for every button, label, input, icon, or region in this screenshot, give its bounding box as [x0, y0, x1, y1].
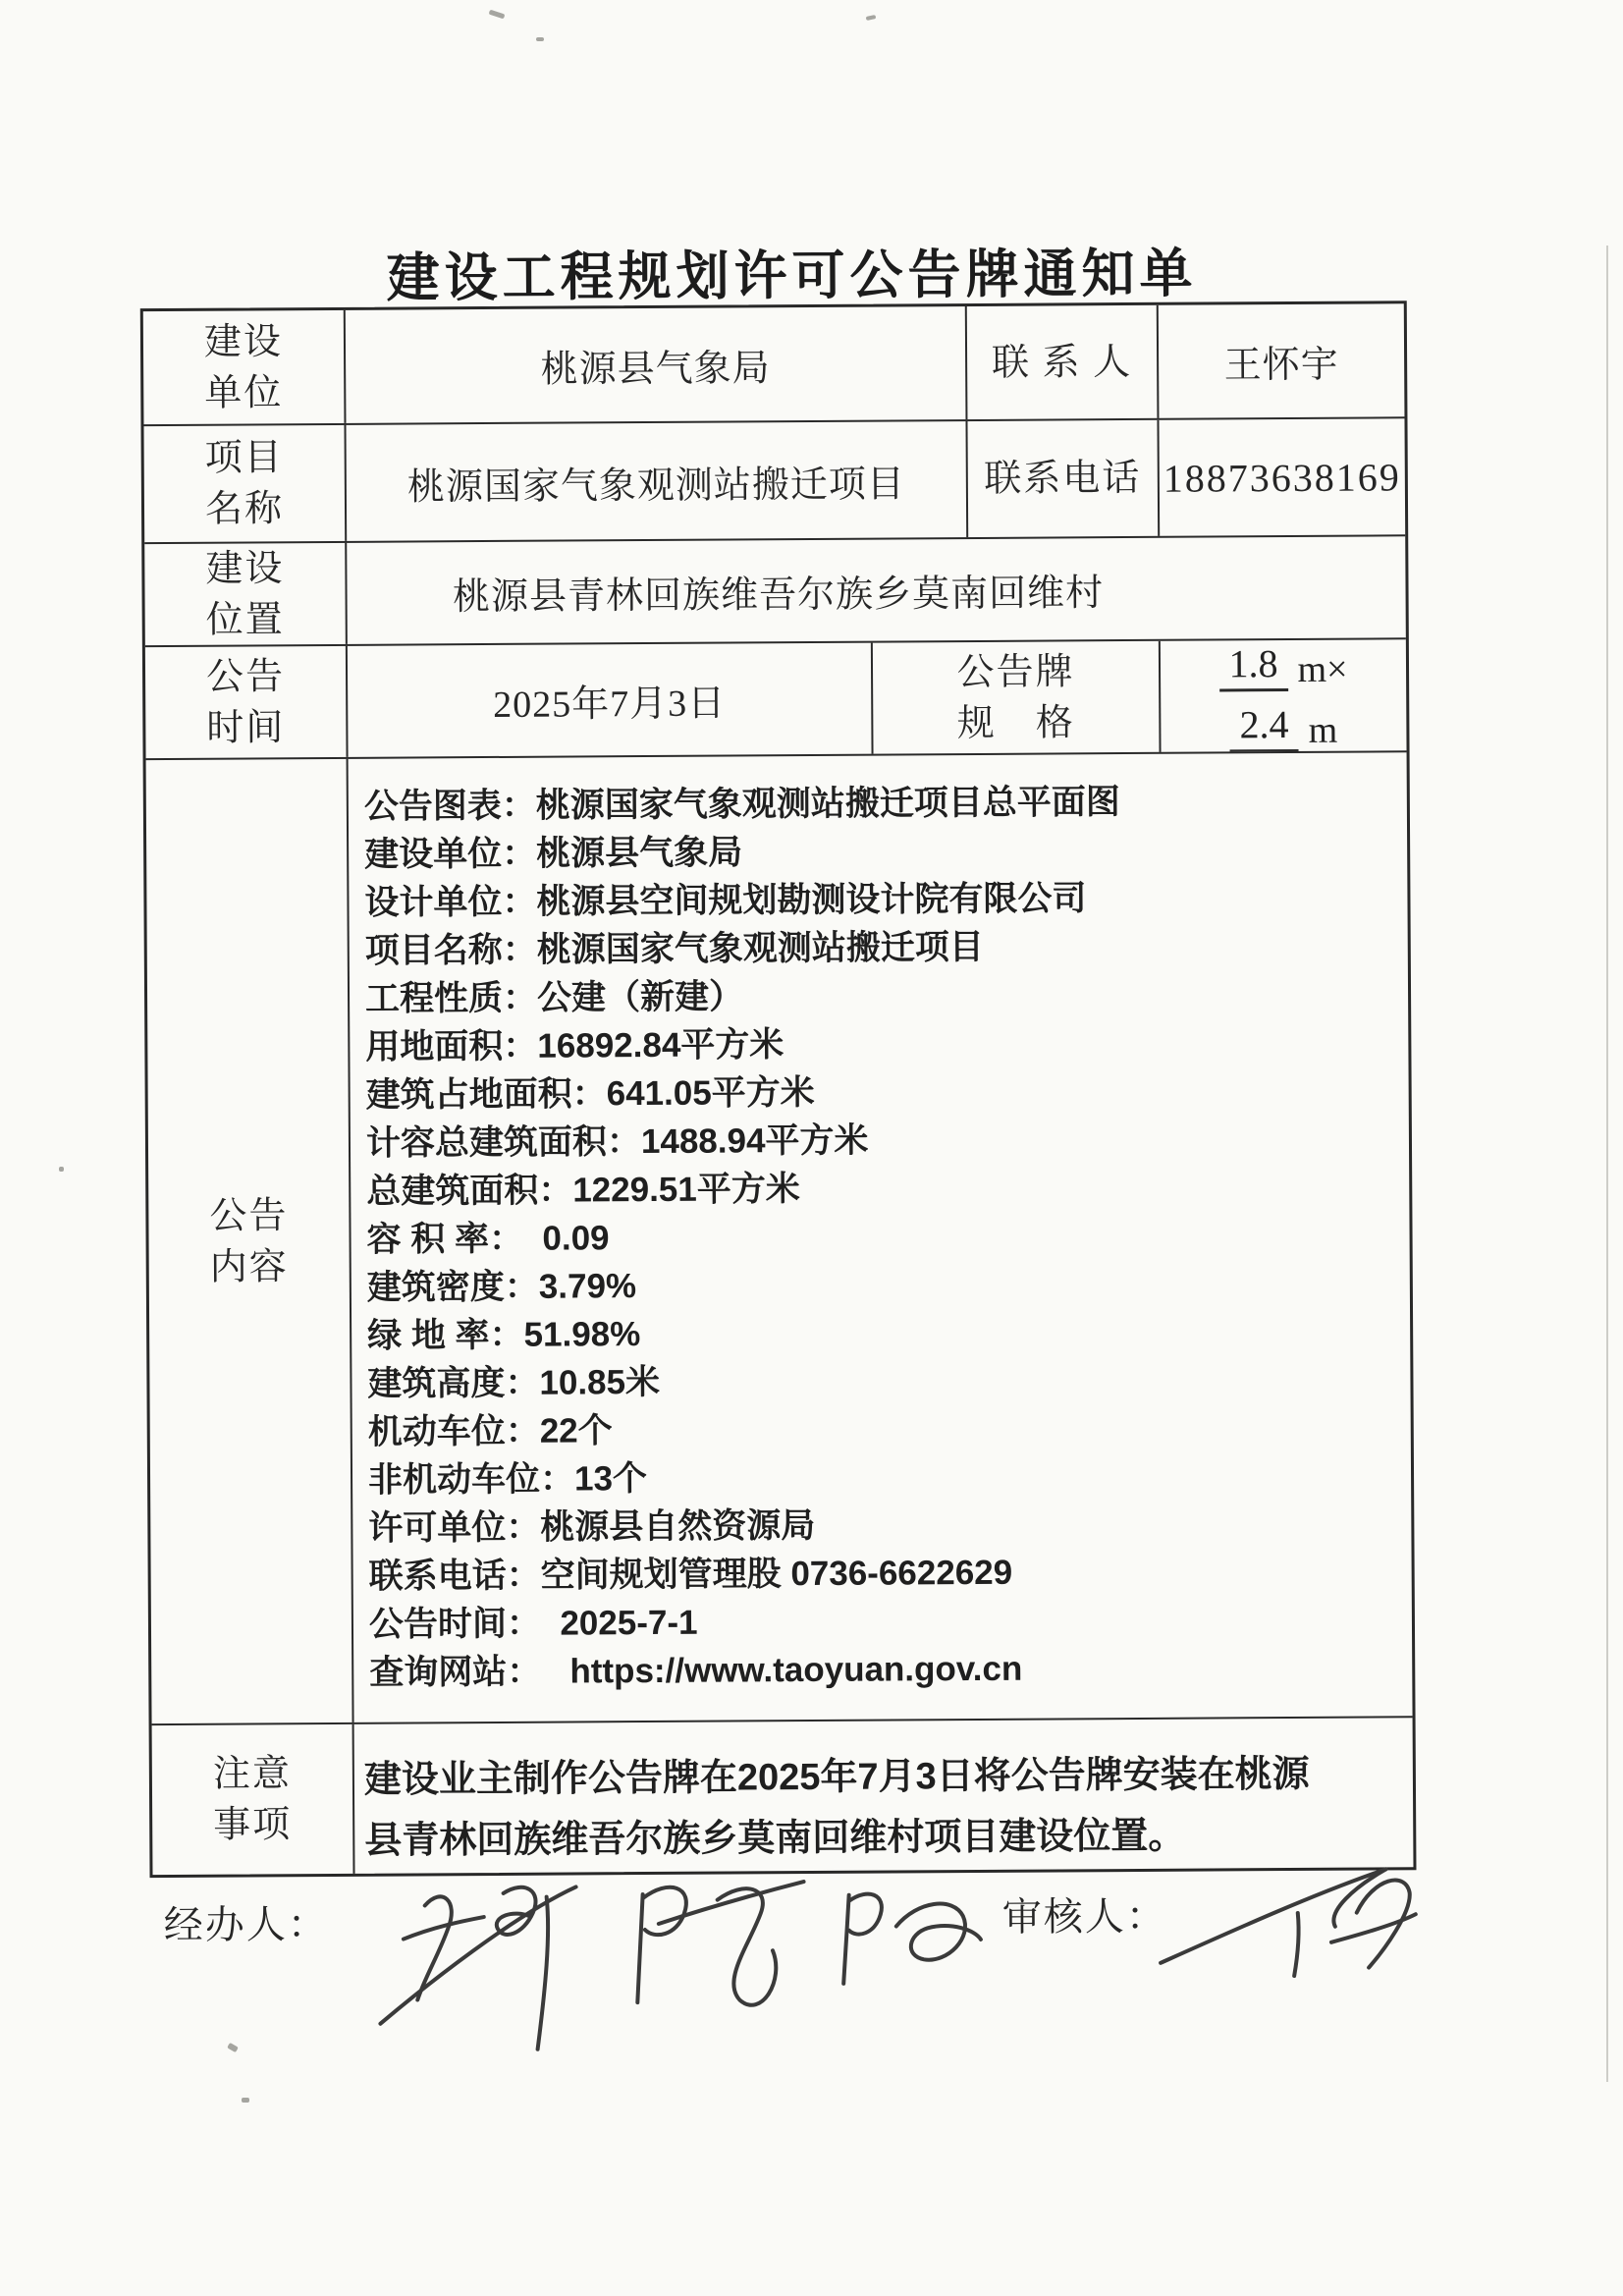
scan-speck — [536, 37, 544, 41]
construction-location-label: 建设 位置 — [205, 543, 285, 645]
content-line: 设计单位：桃源县空间规划勘测设计院有限公司 — [364, 873, 1328, 927]
content-line: 总建筑面积：1229.51平方米 — [366, 1162, 1330, 1216]
handler-signature-1-icon — [367, 1867, 594, 2054]
content-line: 公告时间： 2025-7-1 — [369, 1595, 1333, 1649]
notice-table: 建设 单位 桃源县气象局 联 系 人 王怀宇 项目 名称 桃源国家气象观测站搬迁… — [140, 301, 1417, 1878]
handler-signature-3-icon — [832, 1877, 995, 2005]
content-line: 建筑高度：10.85米 — [367, 1354, 1331, 1408]
table-row: 项目 名称 桃源国家气象观测站搬迁项目 联系电话 18873638169 — [143, 416, 1405, 542]
board-height-unit: m — [1308, 708, 1337, 751]
content-line: 容 积 率： 0.09 — [366, 1210, 1330, 1264]
handler-label: 经办人： — [164, 1893, 329, 1950]
page-title: 建设工程规划许可公告牌通知单 — [386, 232, 1197, 312]
project-name-label: 项目 名称 — [205, 432, 285, 534]
construction-location-value: 桃源县青林回族维吾尔族乡莫南回维村 — [453, 562, 1104, 620]
board-width-unit: m× — [1297, 647, 1347, 690]
content-line: 建筑占地面积：641.05平方米 — [366, 1066, 1330, 1120]
content-line: 工程性质：公建（新建） — [365, 969, 1329, 1023]
table-row: 注意 事项 建设业主制作公告牌在2025年7月3日将公告牌安装在桃源县青林回族维… — [152, 1716, 1414, 1875]
notes-label: 注意 事项 — [213, 1748, 293, 1850]
content-line: 项目名称：桃源国家气象观测站搬迁项目 — [365, 921, 1329, 975]
contact-phone-label: 联系电话 — [984, 453, 1141, 505]
table-row: 公告 时间 2025年7月3日 公告牌 规 格 1.8 m× 2.4 m — [145, 637, 1407, 758]
reviewer-signature-icon — [1148, 1855, 1424, 1990]
content-line: 建设单位：桃源县气象局 — [364, 825, 1328, 879]
table-row: 建设 位置 桃源县青林回族维吾尔族乡莫南回维村 — [144, 534, 1406, 645]
construction-unit-value: 桃源县气象局 — [540, 337, 770, 392]
scan-speck — [242, 2098, 249, 2103]
scan-speck — [59, 1167, 64, 1172]
content-line: 联系电话：空间规划管理股 0736-6622629 — [369, 1547, 1333, 1601]
content-line: 机动车位：22个 — [368, 1402, 1332, 1456]
content-line: 绿 地 率：51.98% — [367, 1306, 1331, 1360]
board-width-value: 1.8 — [1218, 640, 1287, 691]
content-line: 计容总建筑面积：1488.94平方米 — [366, 1114, 1330, 1168]
content-line: 非机动车位：13个 — [368, 1450, 1332, 1504]
handler-signature-2-icon — [621, 1864, 818, 2027]
content-line: 查询网站： https://www.taoyuan.gov.cn — [369, 1643, 1333, 1697]
table-row: 公告 内容 公告图表：桃源国家气象观测站搬迁项目总平面图 建设单位：桃源县气象局… — [146, 750, 1413, 1723]
table-row: 建设 单位 桃源县气象局 联 系 人 王怀宇 — [143, 303, 1405, 424]
board-size-label: 公告牌 规 格 — [956, 646, 1075, 749]
construction-unit-label: 建设 单位 — [204, 316, 284, 418]
scan-artifact-line — [1606, 246, 1608, 2082]
scanned-notice-sheet: 建设工程规划许可公告牌通知单 建设 单位 桃源县气象局 联 系 人 王怀宇 项目… — [0, 0, 1623, 2296]
project-name-value: 桃源国家气象观测站搬迁项目 — [407, 453, 905, 510]
notice-content-label: 公告 内容 — [209, 1190, 289, 1292]
reviewer-label: 审核人： — [1002, 1886, 1167, 1942]
scan-tilt-wrapper: 建设工程规划许可公告牌通知单 建设 单位 桃源县气象局 联 系 人 王怀宇 项目… — [0, 0, 1623, 2296]
contact-person-label: 联 系 人 — [992, 336, 1132, 388]
notice-date-label: 公告 时间 — [206, 651, 286, 753]
notice-content-body: 公告图表：桃源国家气象观测站搬迁项目总平面图 建设单位：桃源县气象局 设计单位：… — [347, 752, 1413, 1722]
board-size-value: 1.8 m× 2.4 m — [1218, 639, 1348, 752]
notice-date-value: 2025年7月3日 — [493, 673, 726, 728]
content-line: 公告图表：桃源国家气象观测站搬迁项目总平面图 — [364, 777, 1328, 831]
notes-value: 建设业主制作公告牌在2025年7月3日将公告牌安装在桃源县青林回族维吾尔族乡莫南… — [352, 1718, 1414, 1874]
content-line: 用地面积：16892.84平方米 — [365, 1017, 1329, 1071]
content-line: 建筑密度：3.79% — [367, 1258, 1331, 1312]
board-height-value: 2.4 — [1229, 700, 1298, 751]
contact-phone-value: 18873638169 — [1163, 454, 1401, 501]
content-line: 许可单位：桃源县自然资源局 — [368, 1499, 1332, 1553]
contact-person-value: 王怀宇 — [1223, 334, 1338, 389]
